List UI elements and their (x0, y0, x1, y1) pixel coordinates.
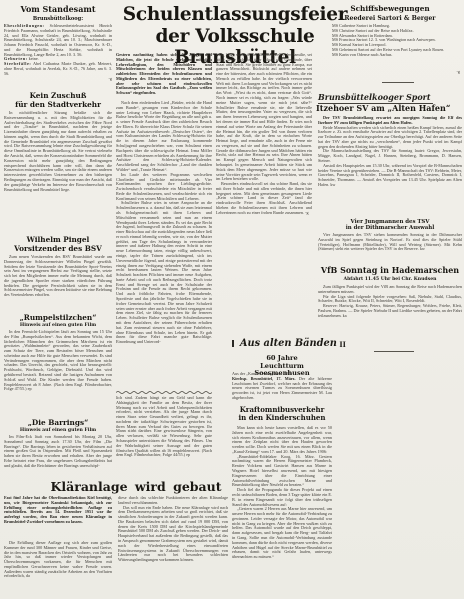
standesamt-body: Eheschließungen: Schleusenbetriebsassist… (4, 24, 112, 88)
rumpelstilzchen-text: In den Fernsicht-Lichtspielen läuft am S… (4, 330, 112, 392)
jungmannen-text: Vier Jungmannen des TSV stehen kommenden… (318, 233, 462, 252)
omnibus-p4: „Gestern waren 2 Herren aus Marne hier a… (232, 507, 332, 560)
klaeranlage-col2-p2: Das soll nun ein Ende haben. Die neue Kl… (118, 506, 228, 563)
feier-colA-p3: Schulleiter Buhse wies in seiner Ansprac… (116, 201, 212, 344)
feier-colB-p2: Besonders eindrucksvoll sei das schöne B… (216, 182, 312, 215)
leuchtturm-body: Aus der „Kanal-Zeitung“ von 1896: Kirchs… (232, 372, 332, 402)
itzehoer-title: Itzehoer SV am „Alten Hafen“ (316, 104, 462, 113)
barrings-title: „Die Barrings“ (4, 419, 112, 428)
feier-lead-text: Gestern nachmittag haben sich die Jungen… (116, 53, 212, 96)
itzehoer-p2: Beide Mannschaften werden sich sicherlic… (318, 126, 462, 150)
barrings-text: Im Film-Eck läuft von Sonnabend bis Mont… (4, 435, 112, 468)
vfb-subtitle: Abfahrt 11.45 Uhr bei Chr. Knudsen (318, 277, 462, 282)
feier-colA: Nach dem einleitenden Lied „Brüder, reic… (116, 101, 212, 388)
pingel-body: Zum neuen Vorsitzenden des BSV Brunsbütt… (4, 255, 112, 313)
vfb-title: VfB Sonntag in Hademarschen (318, 266, 462, 275)
feier-colB: nung lange schon in der kleinsten Zelle,… (216, 53, 312, 333)
zuschuss-title: Kein Zuschuß für den Stadtverkehr (4, 92, 112, 109)
klaeranlage-lead: Fast fünf Jahre hat die Oberfinanzdirekt… (4, 496, 112, 538)
jungmannen-title: Vier Jungmannen des TSV in der Dithmarsc… (318, 219, 462, 231)
itzehoer-p3: Die Mannschaftsaufstellung des TSV für S… (318, 149, 462, 163)
jungmannen-title-line2: in der Dithmarscher Auswahl (318, 225, 462, 231)
zuschuss-title-line2: für den Stadtverkehr (4, 101, 112, 110)
ship-entry: MS Karin von Odense nach Aarhus. (332, 53, 462, 58)
standesamt-p1-text: Schleusenbetriebsassistent Hinrich Fried… (4, 24, 112, 57)
klaeranlage-col1: Die Erfüllung dieser Auflage zog sich ab… (4, 541, 112, 599)
omnibus-p1: Man kann sich heute kaum vorstellen, daß… (232, 426, 332, 455)
sport-end-rule (374, 351, 414, 352)
pingel-title-line2: Vorsitzender des BSV (4, 245, 112, 254)
pingel-text: Zum neuen Vorsitzenden des BSV Brunsbütt… (4, 255, 112, 298)
barrings-subtitle: Hinweis auf einen guten Film (4, 428, 112, 433)
open-book-icon (237, 339, 238, 349)
klaeranlage-lead-text: Fast fünf Jahre hat die Oberfinanzdirekt… (4, 496, 112, 525)
klaeranlage-col1-text: Die Erfüllung dieser Auflage zog sich ab… (4, 541, 112, 579)
rumpelstilzchen-body: In den Fernsicht-Lichtspielen läuft am S… (4, 330, 112, 408)
omnibus-title: Kraftomnibusverkehr in den Kinderschuhen (232, 406, 332, 422)
schiffe-subtitle: Reederei Sartori & Berger (320, 15, 460, 22)
omnibus-p3: Doch fiel die Propaganda für dieses Proj… (232, 488, 332, 507)
standesamt-subtitle: Brunsbüttelkoog: (4, 16, 112, 22)
rumpelstilzchen-title: „Rumpelstilzchen“ (4, 314, 112, 323)
schiffe-sign: -g (440, 70, 460, 75)
klaeranlage-col2: diese durch das schlechte Funktionieren … (118, 496, 228, 599)
section-end-rule (382, 82, 414, 83)
standesamt-title: Vom Standesamt (4, 5, 112, 14)
barrings-body: Im Film-Eck läuft von Sonnabend bis Mont… (4, 435, 112, 478)
zuschuss-text: In nichtöffentlicher Sitzung befaßte sic… (4, 111, 112, 192)
vfb-p3: Reserve: Hartwig, Krause, Peters, Stümer… (318, 304, 462, 318)
schiffe-title: Schiffsbewegungen (320, 5, 460, 14)
feier-colA-p2: Im Laufe des weiteren Programms wechselt… (116, 173, 212, 202)
omnibus-p2: „Brunsbüttel-Eddelaker Koog, 16. März. G… (232, 455, 332, 488)
feier-lead: Gestern nachmittag haben sich die Jungen… (116, 53, 212, 99)
feier-colB-p1: nung lange schon in der kleinsten Zelle,… (216, 53, 312, 182)
wavy-divider (116, 390, 212, 394)
rumpelstilzchen-subtitle: Hinweis auf einen guten Film (4, 323, 112, 328)
itzehoer-body: Der TSV Brunsbüttelkoog erwartet am morg… (318, 116, 462, 217)
newspaper-page: Schulentlassungsfeier der Volksschule Br… (0, 0, 464, 599)
omnibus-body: Man kann sich heute kaum vorstellen, daß… (232, 426, 332, 597)
feier-colA-p1: Nach dem einleitenden Lied „Brüder, reic… (116, 101, 212, 173)
zuschuss-body: In nichtöffentlicher Sitzung befaßte sic… (4, 111, 112, 233)
klaeranlage-title: Kläranlage wird gebaut (36, 480, 236, 494)
barrings-continuation: lich sind. Zudem hängt sie am Geld und k… (116, 396, 212, 474)
jungmannen-body: Vier Jungmannen des TSV stehen kommenden… (318, 233, 462, 263)
omnibus-title-line2: in den Kinderschuhen (232, 414, 332, 422)
banner-ornament (232, 340, 234, 347)
vfb-body: Zum fälligen Punktspiel wird der VfB am … (318, 285, 462, 345)
itzehoer-p4: Anstoß des Hauptspieles um 15.30 Uhr, wä… (318, 164, 462, 188)
pingel-title: Wilhelm Pingel Vorsitzender des BSV (4, 236, 112, 253)
barrings-continuation-text: lich sind. Zudem hängt sie am Geld und k… (116, 396, 212, 458)
standesamt-sign: -g (4, 77, 112, 82)
